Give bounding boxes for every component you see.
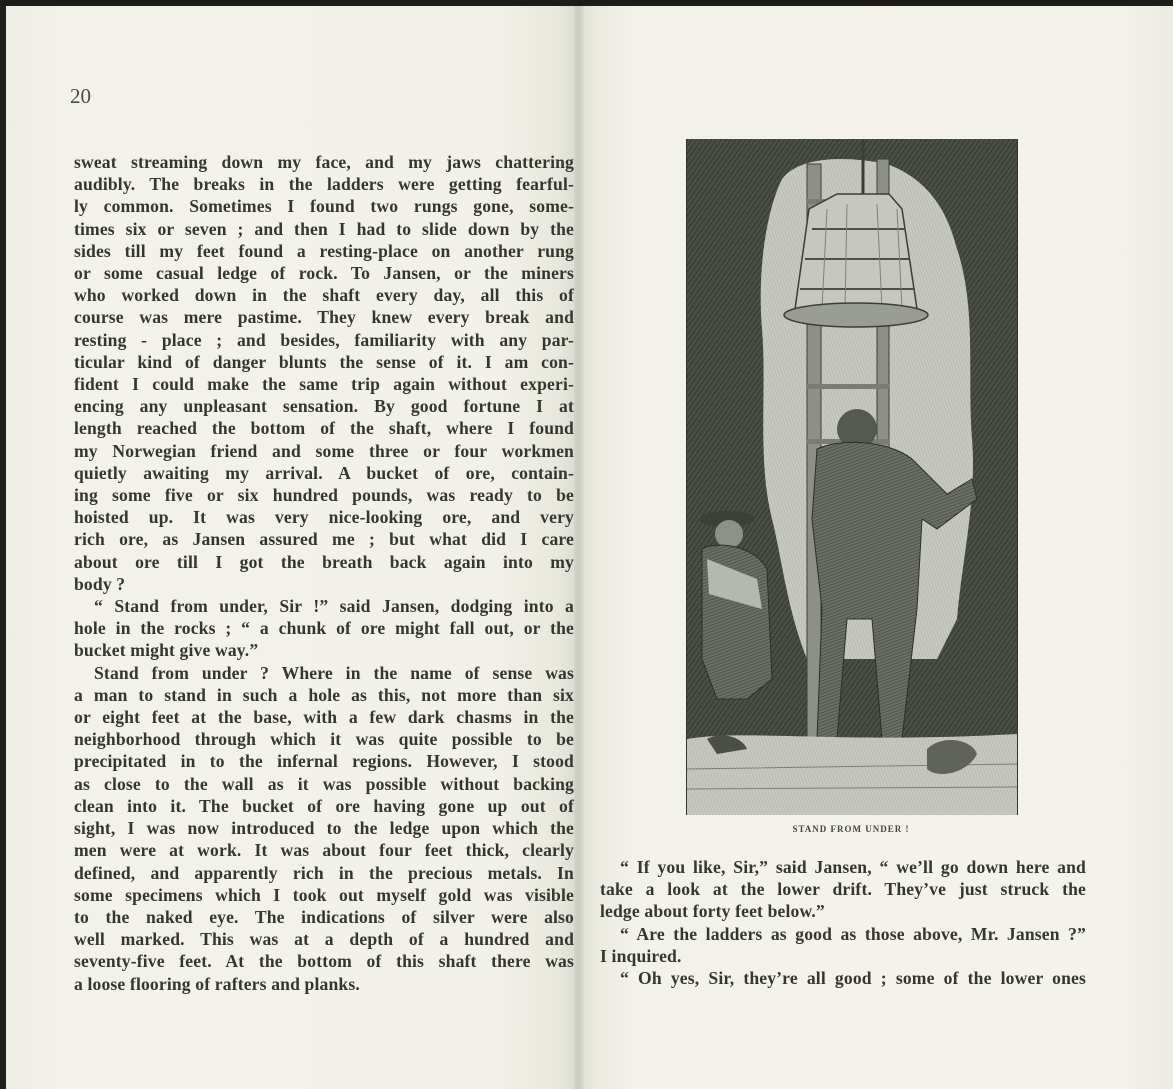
text-line: to the naked eye. The indications of sil… [74, 906, 574, 928]
text-line: some specimens which I took out myself g… [74, 884, 574, 906]
engraving-illustration [686, 139, 1018, 815]
text-line: seventy-five feet. At the bottom of this… [74, 950, 574, 972]
text-line: sides till my feet found a resting-place… [74, 240, 574, 262]
text-line: resting - place ; and besides, familiari… [74, 329, 574, 351]
text-line: hoisted up. It was very nice-looking ore… [74, 506, 574, 528]
book-gutter [574, 6, 584, 1089]
text-line: clean into it. The bucket of ore having … [74, 795, 574, 817]
left-page-body-text: sweat streaming down my face, and my jaw… [74, 151, 574, 995]
text-line: encing any unpleasant sensation. By good… [74, 395, 574, 417]
mine-shaft-engraving-icon [687, 139, 1017, 815]
text-line: about ore till I got the breath back aga… [74, 551, 574, 573]
text-line: “ Are the ladders as good as those above… [600, 923, 1086, 945]
text-line: course was mere pastime. They knew every… [74, 306, 574, 328]
text-line: bucket might give way.” [74, 639, 574, 661]
text-line: rich ore, as Jansen assured me ; but wha… [74, 528, 574, 550]
book-spread: 20 sweat streaming down my face, and my … [0, 6, 1173, 1089]
text-line: take a look at the lower drift. They’ve … [600, 878, 1086, 900]
text-line: neighborhood through which it was quite … [74, 728, 574, 750]
illustration-caption: STAND FROM UNDER ! [686, 824, 1016, 834]
text-line: Stand from under ? Where in the name of … [74, 662, 574, 684]
text-line: “ Stand from under, Sir !” said Jansen, … [74, 595, 574, 617]
text-line: as close to the wall as it was possible … [74, 773, 574, 795]
text-line: length reached the bottom of the shaft, … [74, 417, 574, 439]
text-line: who worked down in the shaft every day, … [74, 284, 574, 306]
text-line: my Norwegian friend and some three or fo… [74, 440, 574, 462]
text-line: body ? [74, 573, 574, 595]
text-line: precipitated in to the infernal regions.… [74, 750, 574, 772]
text-line: ledge about forty feet below.” [600, 900, 1086, 922]
text-line: sweat streaming down my face, and my jaw… [74, 151, 574, 173]
text-line: well marked. This was at a depth of a hu… [74, 928, 574, 950]
text-line: men were at work. It was about four feet… [74, 839, 574, 861]
text-line: or some casual ledge of rock. To Jansen,… [74, 262, 574, 284]
text-line: or eight feet at the base, with a few da… [74, 706, 574, 728]
text-line: a loose flooring of rafters and planks. [74, 973, 574, 995]
right-page-body-text: “ If you like, Sir,” said Jansen, “ we’l… [600, 856, 1086, 989]
text-line: I inquired. [600, 945, 1086, 967]
text-line: ticular kind of danger blunts the sense … [74, 351, 574, 373]
text-line: hole in the rocks ; “ a chunk of ore mig… [74, 617, 574, 639]
text-line: ly common. Sometimes I found two rungs g… [74, 195, 574, 217]
text-line: sight, I was now introduced to the ledge… [74, 817, 574, 839]
text-line: fident I could make the same trip again … [74, 373, 574, 395]
text-line: “ If you like, Sir,” said Jansen, “ we’l… [600, 856, 1086, 878]
text-line: a man to stand in such a hole as this, n… [74, 684, 574, 706]
text-line: ing some five or six hundred pounds, was… [74, 484, 574, 506]
text-line: times six or seven ; and then I had to s… [74, 218, 574, 240]
text-line: “ Oh yes, Sir, they’re all good ; some o… [600, 967, 1086, 989]
text-line: defined, and apparently rich in the prec… [74, 862, 574, 884]
text-line: quietly awaiting my arrival. A bucket of… [74, 462, 574, 484]
page-number: 20 [70, 84, 91, 109]
text-line: audibly. The breaks in the ladders were … [74, 173, 574, 195]
